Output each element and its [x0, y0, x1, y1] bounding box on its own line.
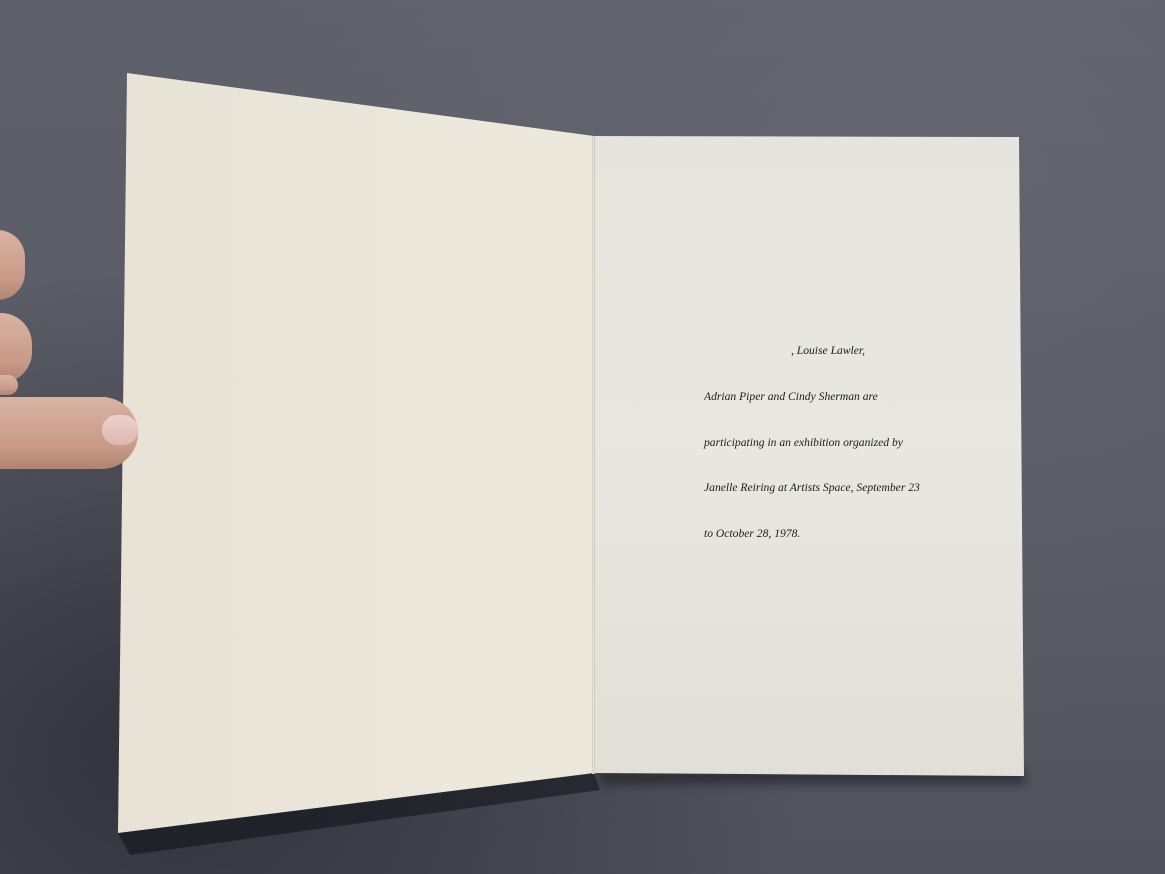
- text-line-2: Adrian Piper and Cindy Sherman are: [704, 389, 944, 404]
- text-line-4: Janelle Reiring at Artists Space, Septem…: [704, 480, 944, 495]
- exhibition-note-text: , Louise Lawler, Adrian Piper and Cindy …: [704, 313, 944, 556]
- text-line-1: , Louise Lawler,: [704, 343, 944, 358]
- finger-small: [0, 375, 18, 395]
- index-finger: [0, 397, 138, 469]
- finger-middle: [0, 313, 32, 383]
- booklet-spine-fold: [592, 136, 595, 774]
- text-line-3: participating in an exhibition organized…: [704, 435, 944, 450]
- hand-holding-page: [0, 205, 145, 475]
- fingernail: [102, 415, 138, 445]
- finger-top: [0, 230, 25, 300]
- text-line-5: to October 28, 1978.: [704, 526, 944, 541]
